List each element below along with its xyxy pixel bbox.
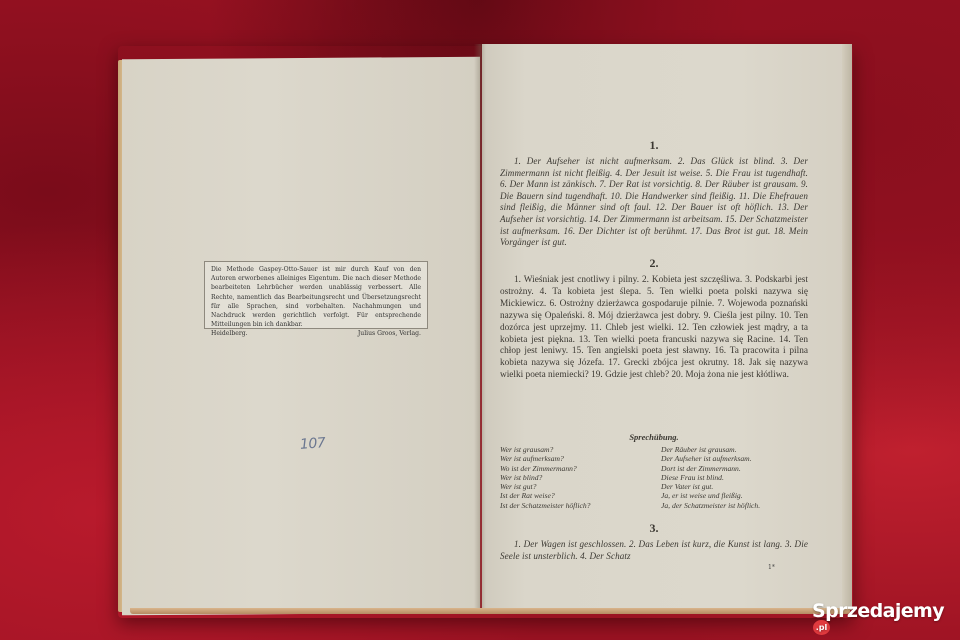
drill-question: Wo ist der Zimmermann? bbox=[500, 464, 647, 473]
section-1-text: 1. Der Aufseher ist nicht aufmerksam. 2.… bbox=[500, 156, 808, 249]
section-1-heading: 1. bbox=[500, 138, 808, 153]
drill-table: Wer ist grausam? Wer ist aufmerksam? Wo … bbox=[500, 445, 808, 510]
handwritten-number: 107 bbox=[299, 435, 325, 453]
drill-question: Ist der Schatzmeister höflich? bbox=[500, 501, 647, 510]
page-stack-edge bbox=[842, 44, 852, 610]
watermark-brand: Sprzedajemy bbox=[812, 600, 944, 622]
section-1: 1. 1. Der Aufseher ist nicht aufmerksam.… bbox=[500, 138, 808, 249]
sprzedajemy-watermark: Sprzedajemy.pl bbox=[812, 600, 960, 640]
publisher-notice-label: Die Methode Gaspey-Otto-Sauer ist mir du… bbox=[204, 261, 428, 329]
drill-answer: Diese Frau ist blind. bbox=[661, 473, 808, 482]
signature-mark: 1* bbox=[768, 564, 775, 571]
book-bottom-edge bbox=[130, 608, 850, 614]
drill-title: Sprechübung. bbox=[500, 432, 808, 442]
drill-answer: Dort ist der Zimmermann. bbox=[661, 464, 808, 473]
drill-answer: Der Aufseher ist aufmerksam. bbox=[661, 454, 808, 463]
section-2-text: 1. Wieśniak jest cnotliwy i pilny. 2. Ko… bbox=[500, 275, 808, 382]
drill-answer: Der Vater ist gut. bbox=[661, 482, 808, 491]
drill-question: Wer ist gut? bbox=[500, 482, 647, 491]
watermark-badge: .pl bbox=[813, 620, 830, 635]
drill-answers: Der Räuber ist grausam. Der Aufseher ist… bbox=[661, 445, 808, 510]
drill-section: Sprechübung. bbox=[500, 432, 808, 442]
drill-answer: Der Räuber ist grausam. bbox=[661, 445, 808, 454]
notice-text: Die Methode Gaspey-Otto-Sauer ist mir du… bbox=[211, 265, 421, 329]
drill-answer: Ja, er ist weise und fleißig. bbox=[661, 491, 808, 500]
drill-answer: Ja, der Schatzmeister ist höflich. bbox=[661, 501, 808, 510]
section-3-text: 1. Der Wagen ist geschlossen. 2. Das Leb… bbox=[500, 539, 808, 562]
drill-question: Wer ist blind? bbox=[500, 473, 647, 482]
notice-place: Heidelberg. bbox=[211, 329, 248, 338]
notice-signature: Heidelberg. Julius Groos, Verlag. bbox=[211, 329, 421, 338]
section-3-heading: 3. bbox=[500, 521, 808, 536]
drill-question: Wer ist grausam? bbox=[500, 445, 647, 454]
book-gutter bbox=[474, 44, 486, 614]
drill-question: Ist der Rat weise? bbox=[500, 491, 647, 500]
section-2: 2. 1. Wieśniak jest cnotliwy i pilny. 2.… bbox=[500, 256, 808, 382]
drill-questions: Wer ist grausam? Wer ist aufmerksam? Wo … bbox=[500, 445, 647, 510]
notice-publisher: Julius Groos, Verlag. bbox=[358, 329, 421, 338]
section-2-heading: 2. bbox=[500, 256, 808, 271]
section-3: 3. 1. Der Wagen ist geschlossen. 2. Das … bbox=[500, 521, 808, 562]
drill-question: Wer ist aufmerksam? bbox=[500, 454, 647, 463]
